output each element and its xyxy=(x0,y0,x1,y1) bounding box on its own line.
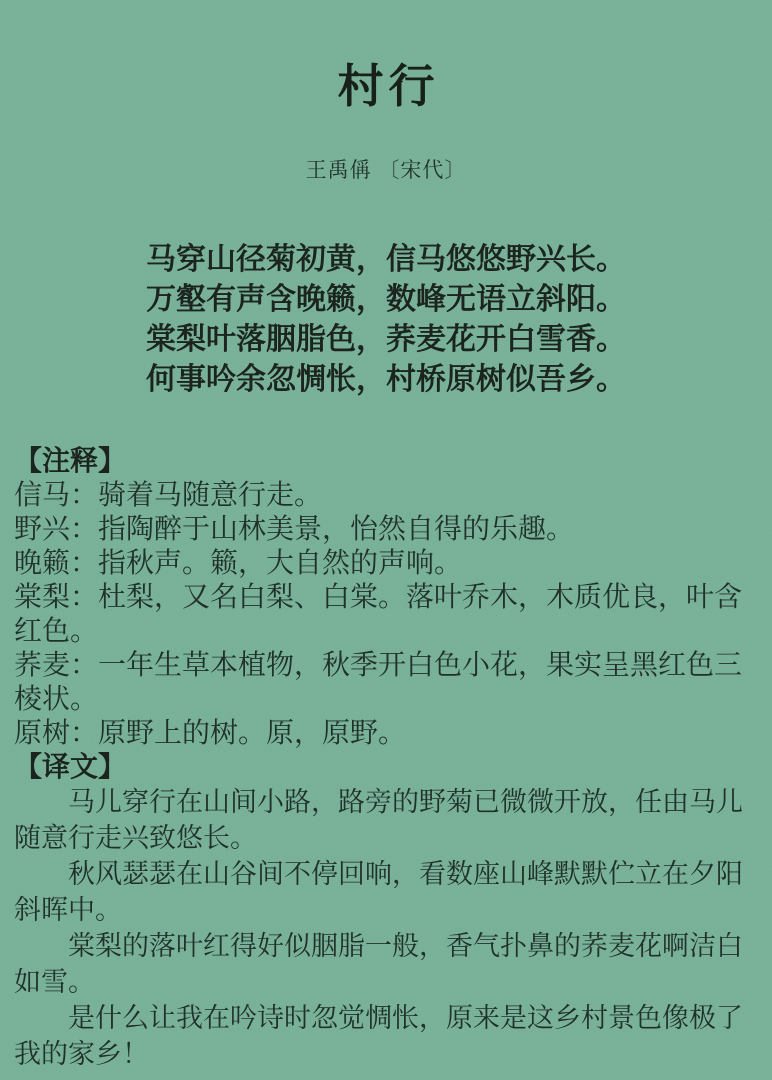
note-item: 信马：骑着马随意行走。 xyxy=(14,478,758,512)
poem-author: 王禹偁 〔宋代〕 xyxy=(14,154,758,184)
translation-paragraph: 秋风瑟瑟在山谷间不停回响，看数座山峰默默伫立在夕阳斜晖中。 xyxy=(14,856,758,928)
note-item: 野兴：指陶醉于山林美景，怡然自得的乐趣。 xyxy=(14,512,758,546)
notes-section: 信马：骑着马随意行走。 野兴：指陶醉于山林美景，怡然自得的乐趣。 晚籁：指秋声。… xyxy=(14,478,758,750)
poem-body: 马穿山径菊初黄，信马悠悠野兴长。 万壑有声含晚籁，数峰无语立斜阳。 棠梨叶落胭脂… xyxy=(14,240,758,400)
note-item: 原树：原野上的树。原，原野。 xyxy=(14,716,758,750)
translation-paragraph: 棠梨的落叶红得好似胭脂一般，香气扑鼻的荞麦花啊洁白如雪。 xyxy=(14,928,758,1000)
translation-paragraph: 是什么让我在吟诗时忽觉惆怅，原来是这乡村景色像极了我的家乡！ xyxy=(14,1000,758,1072)
poem-line: 何事吟余忽惆怅，村桥原树似吾乡。 xyxy=(14,360,758,400)
note-item: 荞麦：一年生草本植物，秋季开白色小花，果实呈黑红色三棱状。 xyxy=(14,648,758,716)
note-item: 棠梨：杜梨，又名白梨、白棠。落叶乔木，木质优良，叶含红色。 xyxy=(14,580,758,648)
translation-paragraph: 马儿穿行在山间小路，路旁的野菊已微微开放，任由马儿随意行走兴致悠长。 xyxy=(14,784,758,856)
poem-line: 万壑有声含晚籁，数峰无语立斜阳。 xyxy=(14,280,758,320)
poem-card: 村行 王禹偁 〔宋代〕 马穿山径菊初黄，信马悠悠野兴长。 万壑有声含晚籁，数峰无… xyxy=(0,0,772,1080)
poem-line: 棠梨叶落胭脂色，荞麦花开白雪香。 xyxy=(14,320,758,360)
poem-line: 马穿山径菊初黄，信马悠悠野兴长。 xyxy=(14,240,758,280)
note-item: 晚籁：指秋声。籁，大自然的声响。 xyxy=(14,546,758,580)
poem-page-content: 村行 王禹偁 〔宋代〕 马穿山径菊初黄，信马悠悠野兴长。 万壑有声含晚籁，数峰无… xyxy=(0,0,772,1072)
translation-section-header: 【译文】 xyxy=(14,750,758,784)
notes-section-header: 【注释】 xyxy=(14,444,758,478)
translation-section: 马儿穿行在山间小路，路旁的野菊已微微开放，任由马儿随意行走兴致悠长。 秋风瑟瑟在… xyxy=(14,784,758,1072)
poem-title: 村行 xyxy=(14,50,758,116)
